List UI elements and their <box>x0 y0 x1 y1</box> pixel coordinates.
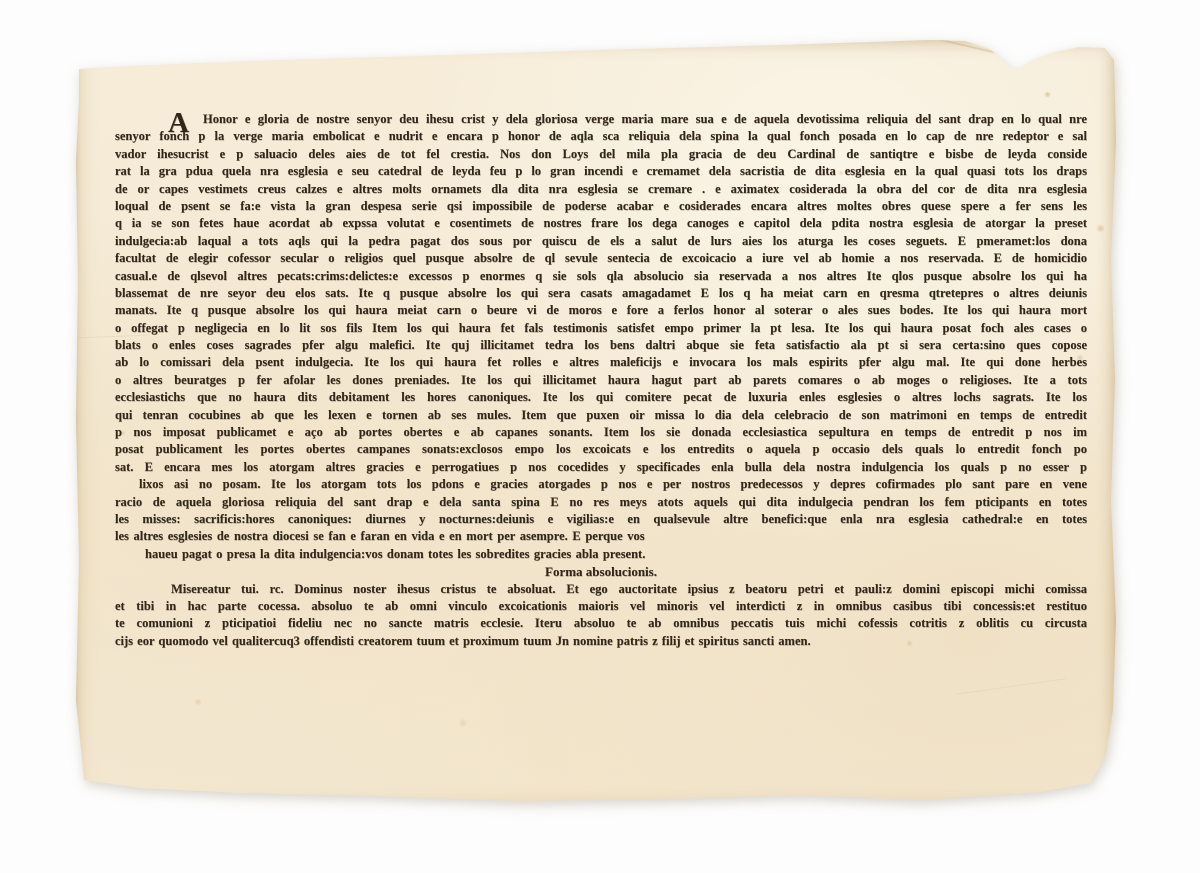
forma-absolucionis-heading: Forma absolucionis. <box>115 563 1087 580</box>
text-line: les altres esglesies de nostra diocesi s… <box>115 528 1087 545</box>
text-line: q ia se son fetes haue acordat ab expssa… <box>115 215 1087 232</box>
text-line: facultat de elegir cofessor secular o re… <box>115 250 1087 267</box>
paper-sheet-wrapper: A Honor e gloria de nostre senyor deu ih… <box>76 36 1118 808</box>
text-line: Honor e gloria de nostre senyor deu ihes… <box>115 111 1087 128</box>
text-line: haueu pagat o presa la dita indulgencia:… <box>115 546 1087 563</box>
latin-absolution-text: Misereatur tui. rc. Dominus noster ihesu… <box>115 581 1087 651</box>
text-line: te comunioni z pticipatioi fideliu nec n… <box>115 615 1087 632</box>
foxing-spot <box>1044 91 1051 98</box>
text-line: ab lo comissari dela psent indulgecia. I… <box>115 354 1087 371</box>
text-line: manats. Ite q pusque absolre los qui hau… <box>115 302 1087 319</box>
text-line: Misereatur tui. rc. Dominus noster ihesu… <box>115 581 1087 598</box>
text-line: o altres beuratges p fer afolar les done… <box>115 372 1087 389</box>
text-line: de or capes vestimets creus calzes e alt… <box>115 181 1087 198</box>
text-line: o offegat p negligecia en lo lit sos fil… <box>115 320 1087 337</box>
top-right-fold-crease <box>935 38 1025 60</box>
text-line: qui tenran cocubines ab que les lexen e … <box>115 407 1087 424</box>
photo-backdrop: A Honor e gloria de nostre senyor deu ih… <box>0 0 1200 873</box>
text-line: vador ihesucrist e p saluacio deles aies… <box>115 146 1087 163</box>
text-line: posat publicament les portes obertes cam… <box>115 441 1087 458</box>
text-line: casual.e de qlsevol altres pecats:crims:… <box>115 268 1087 285</box>
text-line: ecclesiastichs que no haura dits debitam… <box>115 389 1087 406</box>
text-line: les misses: sacrificis:hores canoniques:… <box>115 511 1087 528</box>
text-line: loqual de psent se fa:e vista la gran de… <box>115 198 1087 215</box>
text-line: lixos asi no posam. Ite los atorgam tots… <box>115 476 1087 493</box>
text-line: indulgecia:ab laqual a tots aqls qui la … <box>115 233 1087 250</box>
text-line: et tibi in hac parte cocessa. absoluo te… <box>115 598 1087 615</box>
text-line: senyor fonch p la verge maria embolicat … <box>115 128 1087 145</box>
text-line: rat la gra pdua quela nra esglesia e seu… <box>115 163 1087 180</box>
foxing-spot <box>194 698 202 706</box>
text-line: blats o enles coses sagrades pfer algu m… <box>115 337 1087 354</box>
bottom-right-crease <box>956 678 1065 694</box>
printed-text-block: Honor e gloria de nostre senyor deu ihes… <box>115 111 1087 650</box>
text-line: p nos imposat publicamet e aço ab portes… <box>115 424 1087 441</box>
text-line: blassemat de nre seyor deu elos sats. It… <box>115 285 1087 302</box>
paper-sheet: A Honor e gloria de nostre senyor deu ih… <box>76 36 1118 808</box>
catalan-indulgence-text: Honor e gloria de nostre senyor deu ihes… <box>115 111 1087 563</box>
text-line: sat. E encara mes los atorgam altres gra… <box>115 459 1087 476</box>
text-line: racio de aquela gloriosa reliquia del sa… <box>115 494 1087 511</box>
text-line: cijs eor quomodo vel qualitercuq3 offend… <box>115 633 1087 650</box>
foxing-spot <box>458 718 468 728</box>
foxing-spot <box>1096 224 1105 233</box>
